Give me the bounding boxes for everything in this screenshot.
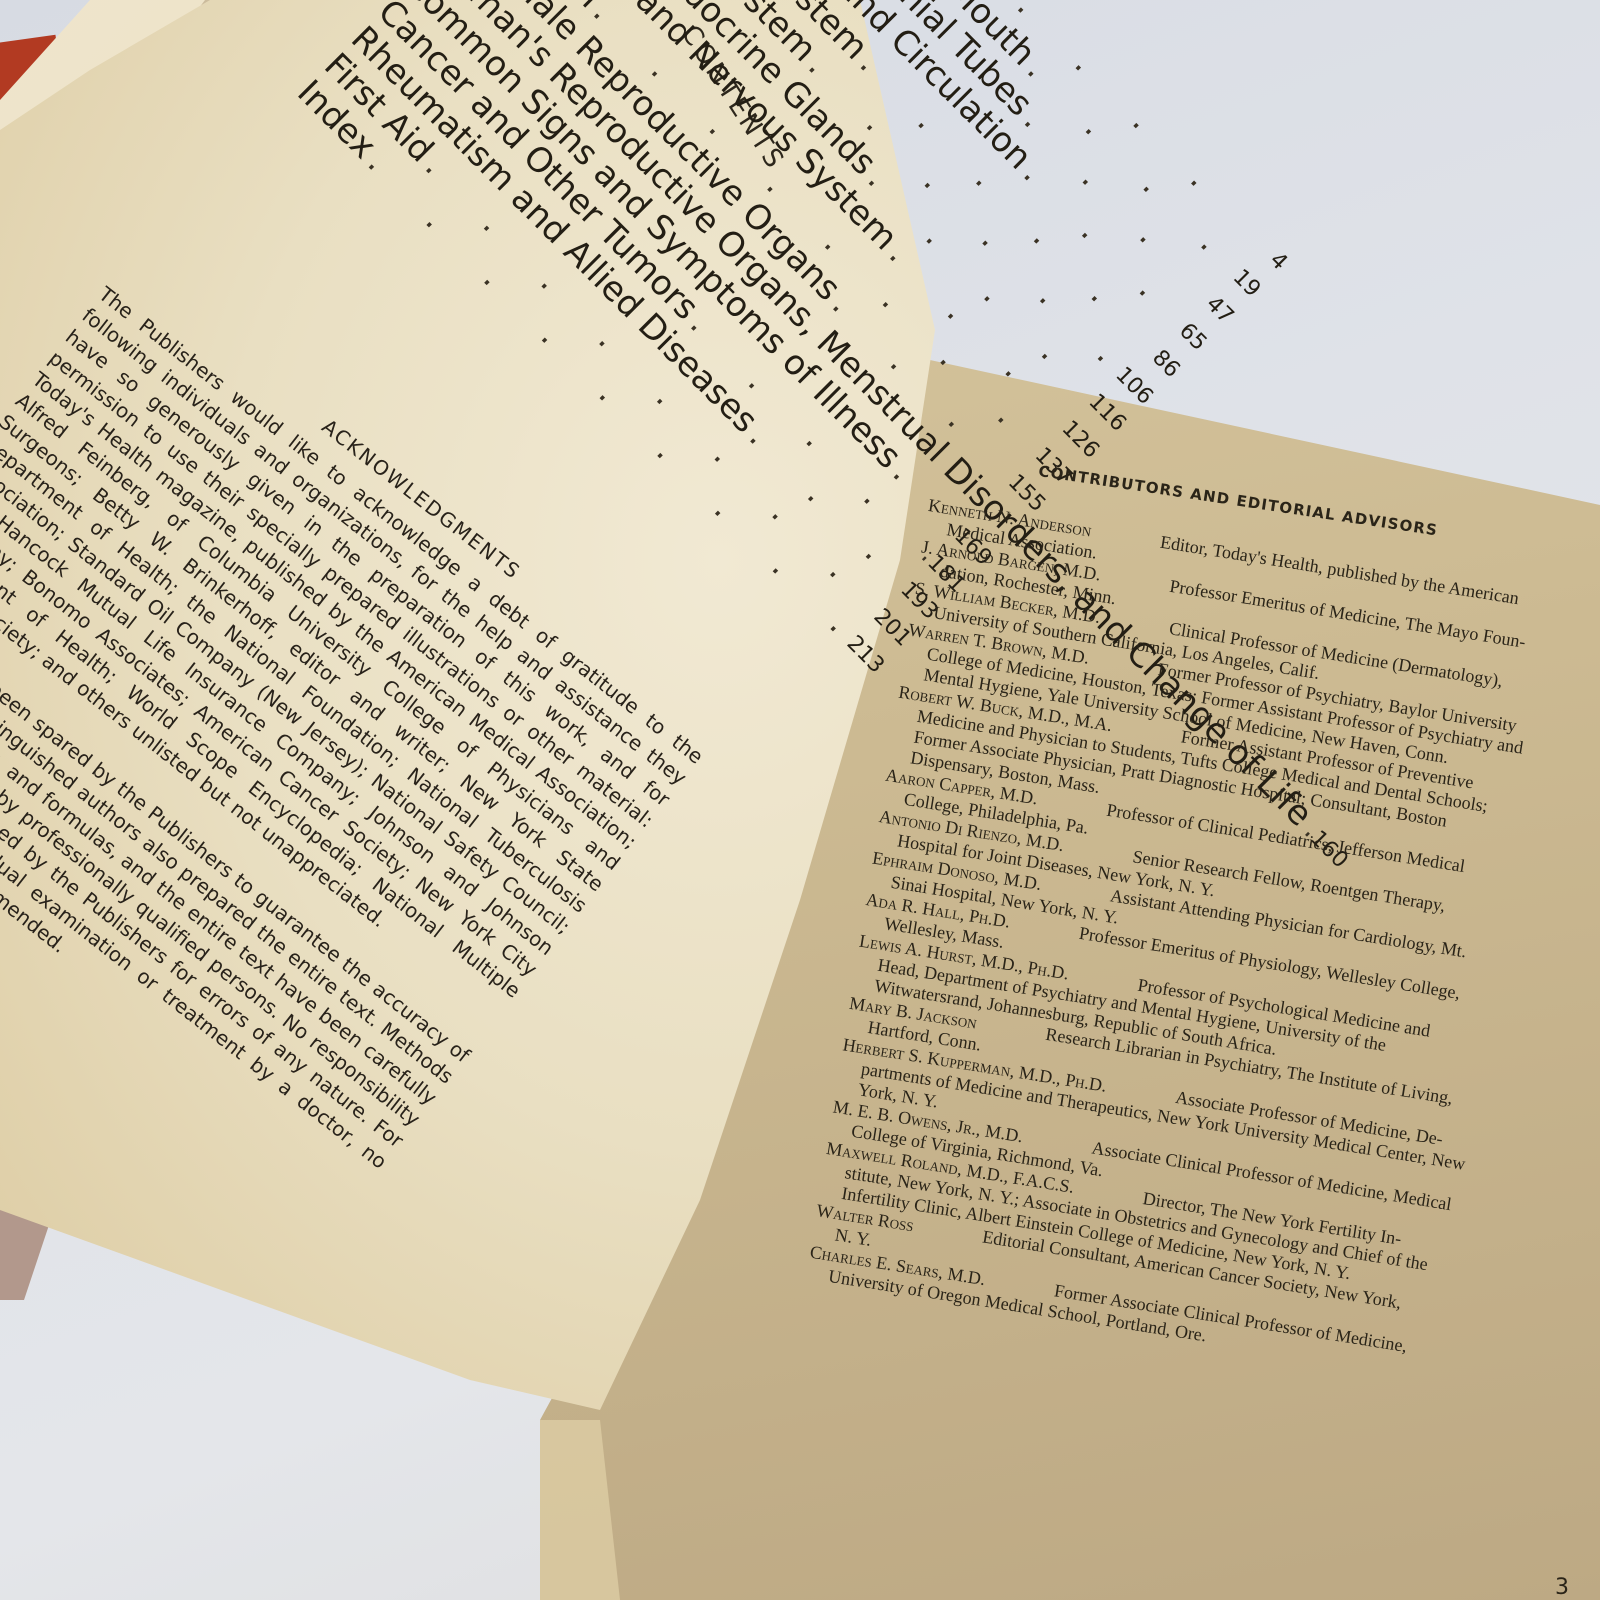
contributors-list: Kenneth N. AndersonEditor, Today's Healt… (805, 495, 1562, 1383)
photo-scene: CONTENTS The Eye and Ear. . . . . . . . … (0, 0, 1600, 1600)
page-number: 3 (1555, 1575, 1569, 1600)
